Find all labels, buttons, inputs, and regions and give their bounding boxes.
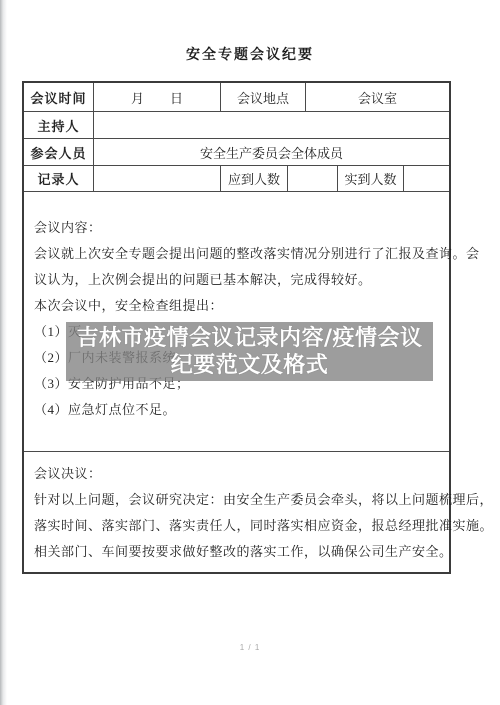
document-page: 安全专题会议纪要 会议时间 月 日 会议地点 会议室 主持人 参会人员 安全生产… <box>0 0 500 705</box>
meeting-time-value: 月 日 <box>94 83 221 112</box>
resolution-line: 针对以上问题，会议研究决定：由安全生产委员会牵头，将以上问题梳理后， <box>34 487 441 513</box>
expected-count-value <box>288 166 338 192</box>
host-label: 主持人 <box>24 112 94 139</box>
content-line: 会议内容： <box>34 215 441 241</box>
form-row-meeting-time: 会议时间 月 日 会议地点 会议室 <box>24 83 449 112</box>
content-line: 议认为，上次例会提出的问题已基本解决，完成得较好。 <box>34 267 441 293</box>
watermark-text-line-2: 纪要范文及格式 <box>171 352 329 379</box>
attendees-value: 安全生产委员会全体成员 <box>94 139 449 166</box>
form-row-recorder: 记录人 应到人数 实到人数 <box>24 166 449 192</box>
content-line: 会议就上次安全专题会提出问题的整改落实情况分别进行了汇报及查询。会 <box>34 241 441 267</box>
recorder-label: 记录人 <box>24 166 94 192</box>
attendees-label: 参会人员 <box>24 139 94 166</box>
form-row-host: 主持人 <box>24 112 449 139</box>
page-title: 安全专题会议纪要 <box>0 44 500 64</box>
content-list-item-4: （4）应急灯点位不足。 <box>34 397 441 423</box>
actual-count-value <box>404 166 449 192</box>
form-row-resolution: 会议决议： 针对以上问题，会议研究决定：由安全生产委员会牵头，将以上问题梳理后，… <box>24 452 449 572</box>
meeting-place-label: 会议地点 <box>221 83 306 112</box>
resolution-line: 落实时间、落实部门、落实责任人，同时落实相应资金，报总经理批准实施。 <box>34 513 441 539</box>
resolution-line: 相关部门、车间要按要求做好整改的落实工作，以确保公司生产安全。 <box>34 539 441 565</box>
meeting-place-value: 会议室 <box>306 83 449 112</box>
watermark-overlay: 吉林市疫情会议记录内容/疫情会议 纪要范文及格式 <box>66 322 433 381</box>
form-row-attendees: 参会人员 安全生产委员会全体成员 <box>24 139 449 166</box>
expected-count-label: 应到人数 <box>221 166 288 192</box>
actual-count-label: 实到人数 <box>338 166 404 192</box>
resolution-line: 会议决议： <box>34 461 441 487</box>
resolution-cell: 会议决议： 针对以上问题，会议研究决定：由安全生产委员会牵头，将以上问题梳理后，… <box>24 452 449 572</box>
recorder-value <box>94 166 221 192</box>
meeting-time-label: 会议时间 <box>24 83 94 112</box>
watermark-text-line-1: 吉林市疫情会议记录内容/疫情会议 <box>76 325 422 352</box>
page-number: 1 / 1 <box>0 643 500 652</box>
content-line: 本次会议中，安全检查组提出： <box>34 293 441 319</box>
host-value <box>94 112 449 139</box>
page-left-edge-shadow <box>0 0 7 705</box>
